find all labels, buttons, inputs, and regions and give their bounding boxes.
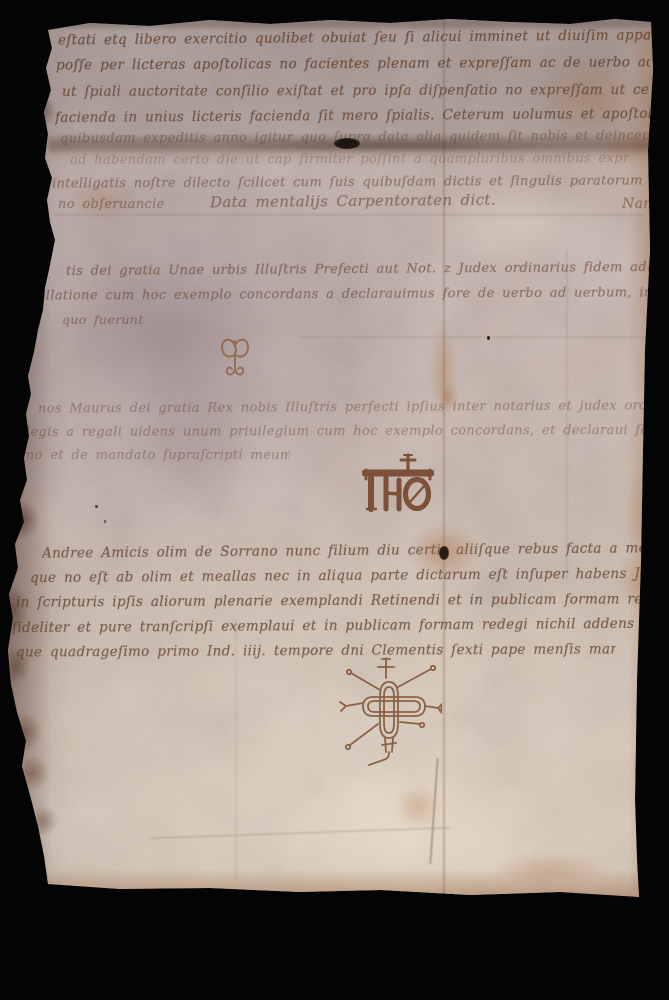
manuscript-line: intelligatis noſtre dilecto ſcilicet cum…: [52, 173, 650, 191]
crease-line: [55, 214, 645, 216]
christogram-iho-mark: [362, 452, 434, 514]
ink-speck: [487, 336, 490, 340]
manuscript-line: quibusdam expeditis anno igitur quo ſupr…: [60, 128, 650, 146]
photo-frame: l t b ſ l t l b eſtati etq libero exerci…: [0, 0, 669, 1000]
dateline: Data mentalijs Carpentoraten dict.: [210, 191, 495, 211]
manuscript-line: legis a regali uidens unum priuilegium c…: [26, 423, 650, 440]
stain: [260, 760, 560, 920]
crease-line: [429, 758, 438, 864]
manuscript-line: in ſcripturis ipſis aliorum plenarie exe…: [16, 591, 648, 610]
torn-edge-chip: [14, 500, 40, 540]
torn-edge-chip: [42, 96, 56, 126]
manuscript-line: eſtati etq libero exercitio quolibet obu…: [58, 27, 650, 48]
manuscript-line: nos Maurus dei gratia Rex nobis Illuſtri…: [38, 398, 650, 416]
manuscript-line: fideliter et pure tranſcripſi exemplaui …: [12, 616, 650, 636]
parchment-mottle-texture: [0, 0, 669, 1000]
crease-line: [300, 336, 650, 338]
ink-speck: [95, 505, 98, 508]
manuscript-line: ut ſpiali auctoritate conſilio exiſtat e…: [62, 82, 650, 100]
manuscript-line: quo fuerunt: [62, 312, 182, 327]
rust-stain: [490, 852, 610, 888]
manuscript-line: ad habendam certo die ut cap firmiter po…: [70, 151, 630, 168]
crease-line: [150, 827, 450, 839]
manuscript-line: collatione cum hoc exemplo concordans a …: [30, 285, 650, 303]
torn-edge-chip: [36, 806, 58, 836]
manuscript-line: que no eſt ab olim et meallas nec in ali…: [30, 566, 648, 586]
rust-stain: [395, 784, 441, 828]
manuscript-line: l t b ſ l t l b: [150, 6, 570, 21]
edge-rust-bottom: [45, 868, 645, 898]
parchment: l t b ſ l t l b eſtati etq libero exerci…: [0, 0, 669, 1000]
torn-edge-chip: [18, 712, 42, 752]
manuscript-line: facienda in unius licteris facienda ſit …: [55, 106, 650, 126]
manuscript-line: tis dei gratia Unae urbis Illuſtris Pref…: [66, 260, 650, 279]
dateline-left-fragment: no obſeruancie: [58, 197, 170, 212]
notarial-sign: [338, 652, 442, 772]
manuscript-line: que quadrageſimo primo Ind. iiij. tempor…: [16, 641, 616, 660]
ink-speck: [104, 520, 106, 523]
dateline-right-fragment: Nam: [622, 196, 654, 212]
manuscript-line: Andree Amicis olim de Sorrano nunc filiu…: [42, 540, 648, 561]
manuscript-line: poſſe per licteras apoſtolicas no facien…: [56, 54, 650, 73]
edge-rust-right: [628, 30, 654, 890]
parchment-grain-texture: [0, 0, 669, 1000]
torn-edge-chip: [24, 756, 50, 790]
edge-shade-top: [45, 18, 653, 28]
notary-monogram: [217, 334, 253, 384]
manuscript-line: mo et de mandato ſupraſcripti meum quo a…: [22, 448, 290, 463]
